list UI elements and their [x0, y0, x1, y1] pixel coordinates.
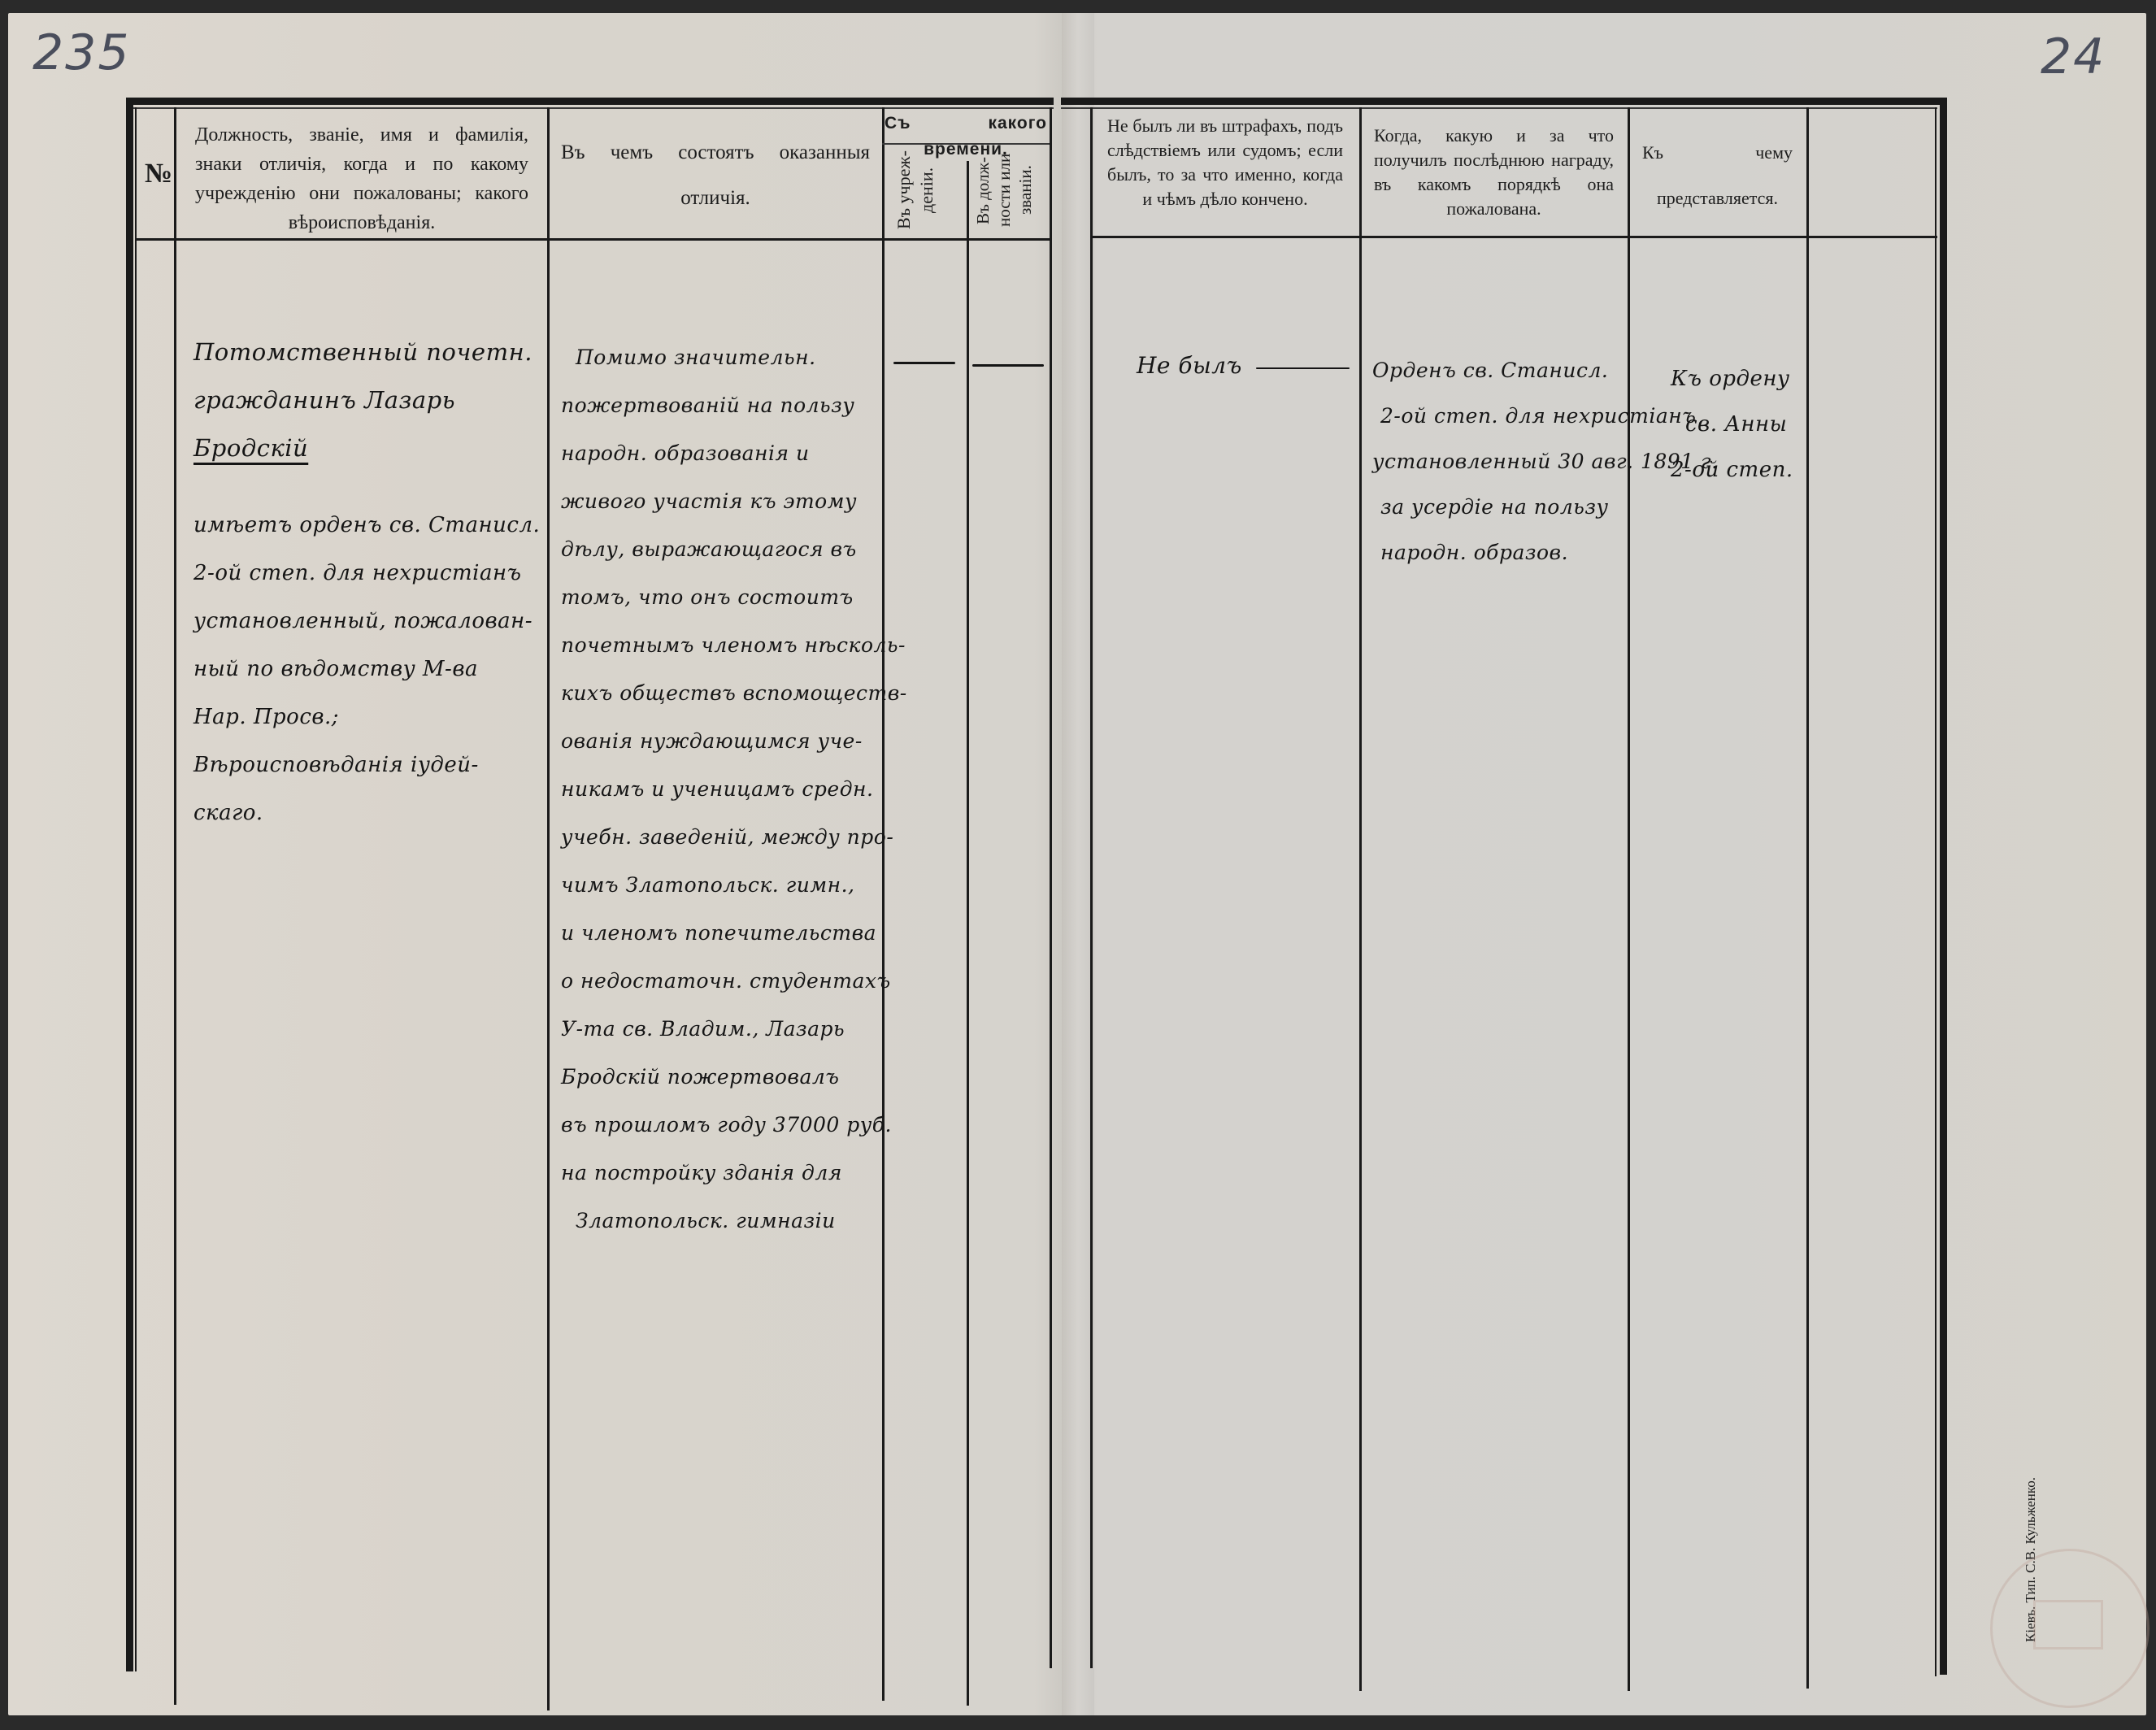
archive-stamp-icon: [1990, 1549, 2149, 1708]
page-number-right: 24: [2041, 28, 2106, 85]
entry-religion-line: Вѣроисповѣданія іудей-: [193, 741, 540, 789]
entry-distinction-line: Бродскій пожертвовалъ: [561, 1053, 907, 1101]
entry-last-award-line: 2-ой степ. для нехристіанъ: [1372, 393, 1719, 439]
entry-last-award-line: народн. образов.: [1372, 530, 1719, 576]
entry-distinction-line: въ прошломъ году 37000 руб.: [561, 1101, 907, 1149]
entry-distinction-line: учебн. заведеній, между про-: [561, 813, 907, 861]
entry-distinction-line: народн. образованія и: [561, 429, 907, 477]
ledger-spread: [8, 13, 2146, 1715]
entry-distinction-line: живого участія къ этому: [561, 477, 907, 525]
entry-distinction-line: У-та св. Владим., Лазарь: [561, 1005, 907, 1053]
entry-distinction-line: и членомъ попечительства: [561, 909, 907, 957]
entry-penalties-flourish: [1256, 367, 1350, 369]
entry-name-position: Потомственный почетн. гражданинъ Лазарь …: [193, 328, 540, 837]
header-name-position: Должность, званіе, имя и фамилія, знаки …: [195, 120, 528, 237]
header-since-position: Въ долж-ности или званіи.: [972, 146, 1044, 234]
entry-recommended-line: Къ ордену: [1671, 356, 1793, 402]
entry-name-line: 2-ой степ. для нехристіанъ: [193, 550, 540, 598]
header-since-institution: Въ учреж-деніи.: [893, 146, 961, 234]
entry-distinctions: Помимо значительн. пожертвованій на поль…: [561, 333, 907, 1245]
entry-name-line: гражданинъ Лазарь: [193, 376, 540, 424]
entry-last-award: Орденъ св. Станисл. 2-ой степ. для нехри…: [1372, 348, 1719, 576]
entry-distinction-line: Златопольск. гимназіи: [561, 1197, 907, 1245]
header-number: №: [145, 159, 172, 189]
entry-distinction-line: о недостаточн. студентахъ: [561, 957, 907, 1005]
entry-surname: Бродскій: [193, 434, 308, 462]
entry-last-award-line: установленный 30 авг. 1891 г.: [1372, 439, 1719, 485]
entry-name-line: ный по вѣдомству М-ва: [193, 645, 540, 693]
entry-distinction-line: кихъ обществъ вспомоществ-: [561, 669, 907, 717]
header-recommended: Къ чему представляется.: [1642, 130, 1793, 221]
entry-since-institution-dash: [893, 362, 955, 364]
entry-name-line: имѣетъ орденъ св. Станисл.: [193, 502, 540, 550]
entry-recommended-line: св. Анны: [1671, 402, 1793, 447]
entry-penalties-text: Не былъ: [1137, 352, 1242, 379]
entry-last-award-line: Орденъ св. Станисл.: [1372, 348, 1719, 393]
entry-penalties: Не былъ: [1137, 341, 1242, 389]
entry-distinction-line: никамъ и ученицамъ средн.: [561, 765, 907, 813]
book-gutter: [1062, 13, 1094, 1715]
header-penalties: Не былъ ли въ штрафахъ, подъ слѣдствіемъ…: [1107, 114, 1343, 211]
entry-name-line: Нар. Просв.;: [193, 693, 540, 741]
page-number-left: 235: [33, 24, 131, 81]
entry-religion-line: скаго.: [193, 789, 540, 837]
entry-distinction-line: на постройку зданія для: [561, 1149, 907, 1197]
entry-since-position-dash: [972, 364, 1044, 367]
entry-distinction-line: чимъ Златопольск. гимн.,: [561, 861, 907, 909]
header-distinctions: Въ чемъ состоятъ оказанныя отличія.: [561, 130, 870, 221]
entry-recommended: Къ ордену св. Анны 2-ой степ.: [1671, 356, 1793, 493]
entry-distinction-line: почетнымъ членомъ нѣсколь-: [561, 621, 907, 669]
entry-distinction-line: ованія нуждающимся уче-: [561, 717, 907, 765]
entry-distinction-line: пожертвованій на пользу: [561, 381, 907, 429]
entry-distinction-line: томъ, что онъ состоитъ: [561, 573, 907, 621]
entry-distinction-line: дѣлу, выражающагося въ: [561, 525, 907, 573]
header-last-award: Когда, какую и за что получилъ послѣднюю…: [1374, 124, 1614, 221]
entry-name-line: Потомственный почетн.: [193, 328, 540, 376]
entry-distinction-line: Помимо значительн.: [561, 333, 907, 381]
entry-last-award-line: за усердіе на пользу: [1372, 485, 1719, 530]
entry-recommended-line: 2-ой степ.: [1671, 447, 1793, 493]
entry-name-line: установленный, пожалован-: [193, 598, 540, 645]
